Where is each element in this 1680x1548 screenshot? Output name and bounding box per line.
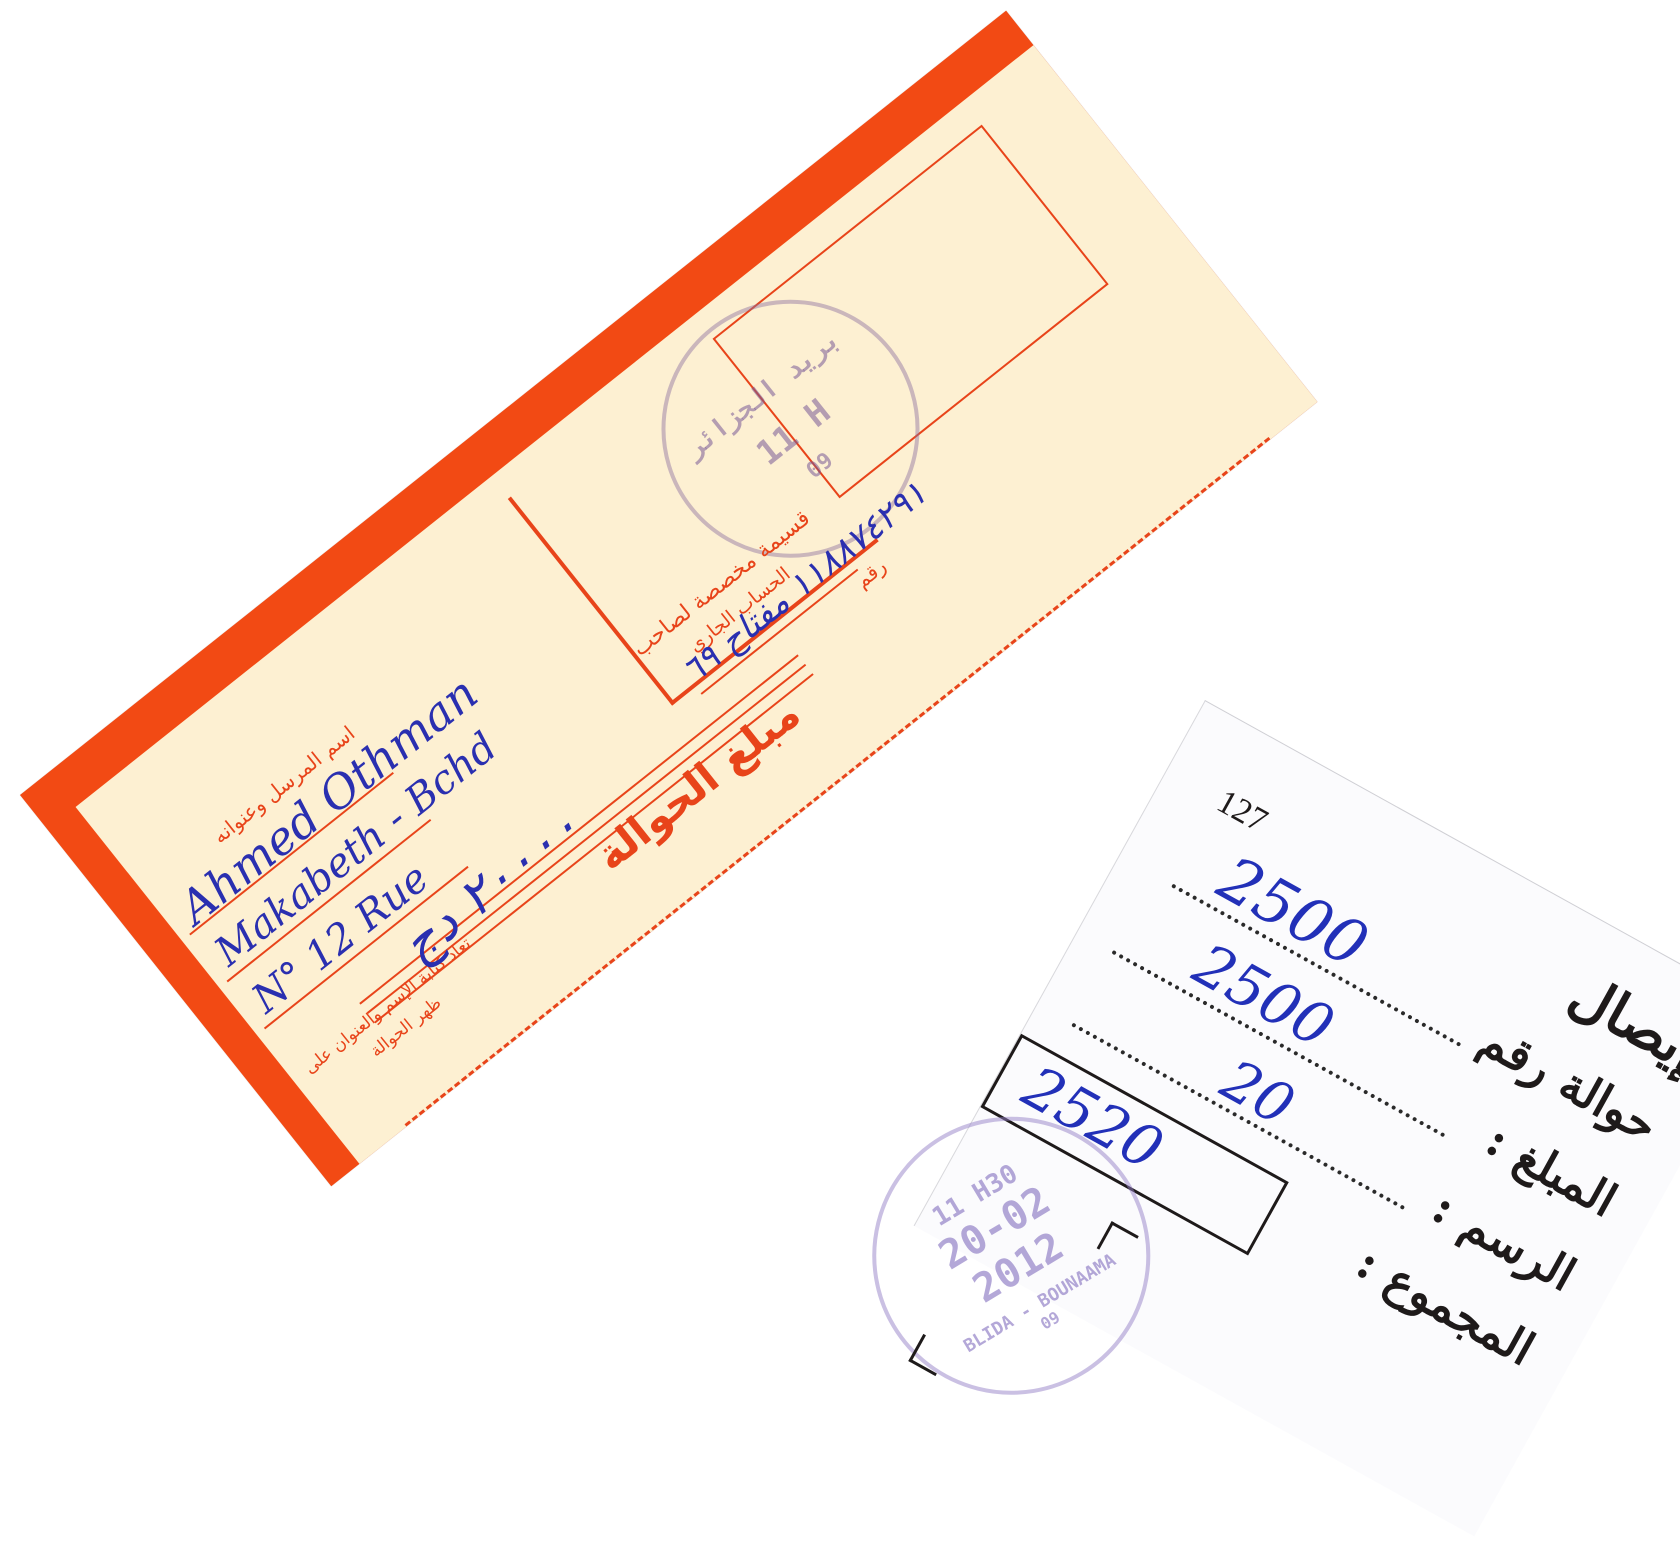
amount-label: مبلغ الحوالة (586, 689, 809, 880)
postmark-code: 09 (802, 447, 838, 483)
handwritten-fee: 20 (1211, 1048, 1305, 1139)
receipt-serial-number: 127 (1210, 783, 1273, 841)
payment-receipt: 127 إيصال حوالة رقم 2500 المبلغ : 2500 ا… (914, 700, 1680, 1536)
